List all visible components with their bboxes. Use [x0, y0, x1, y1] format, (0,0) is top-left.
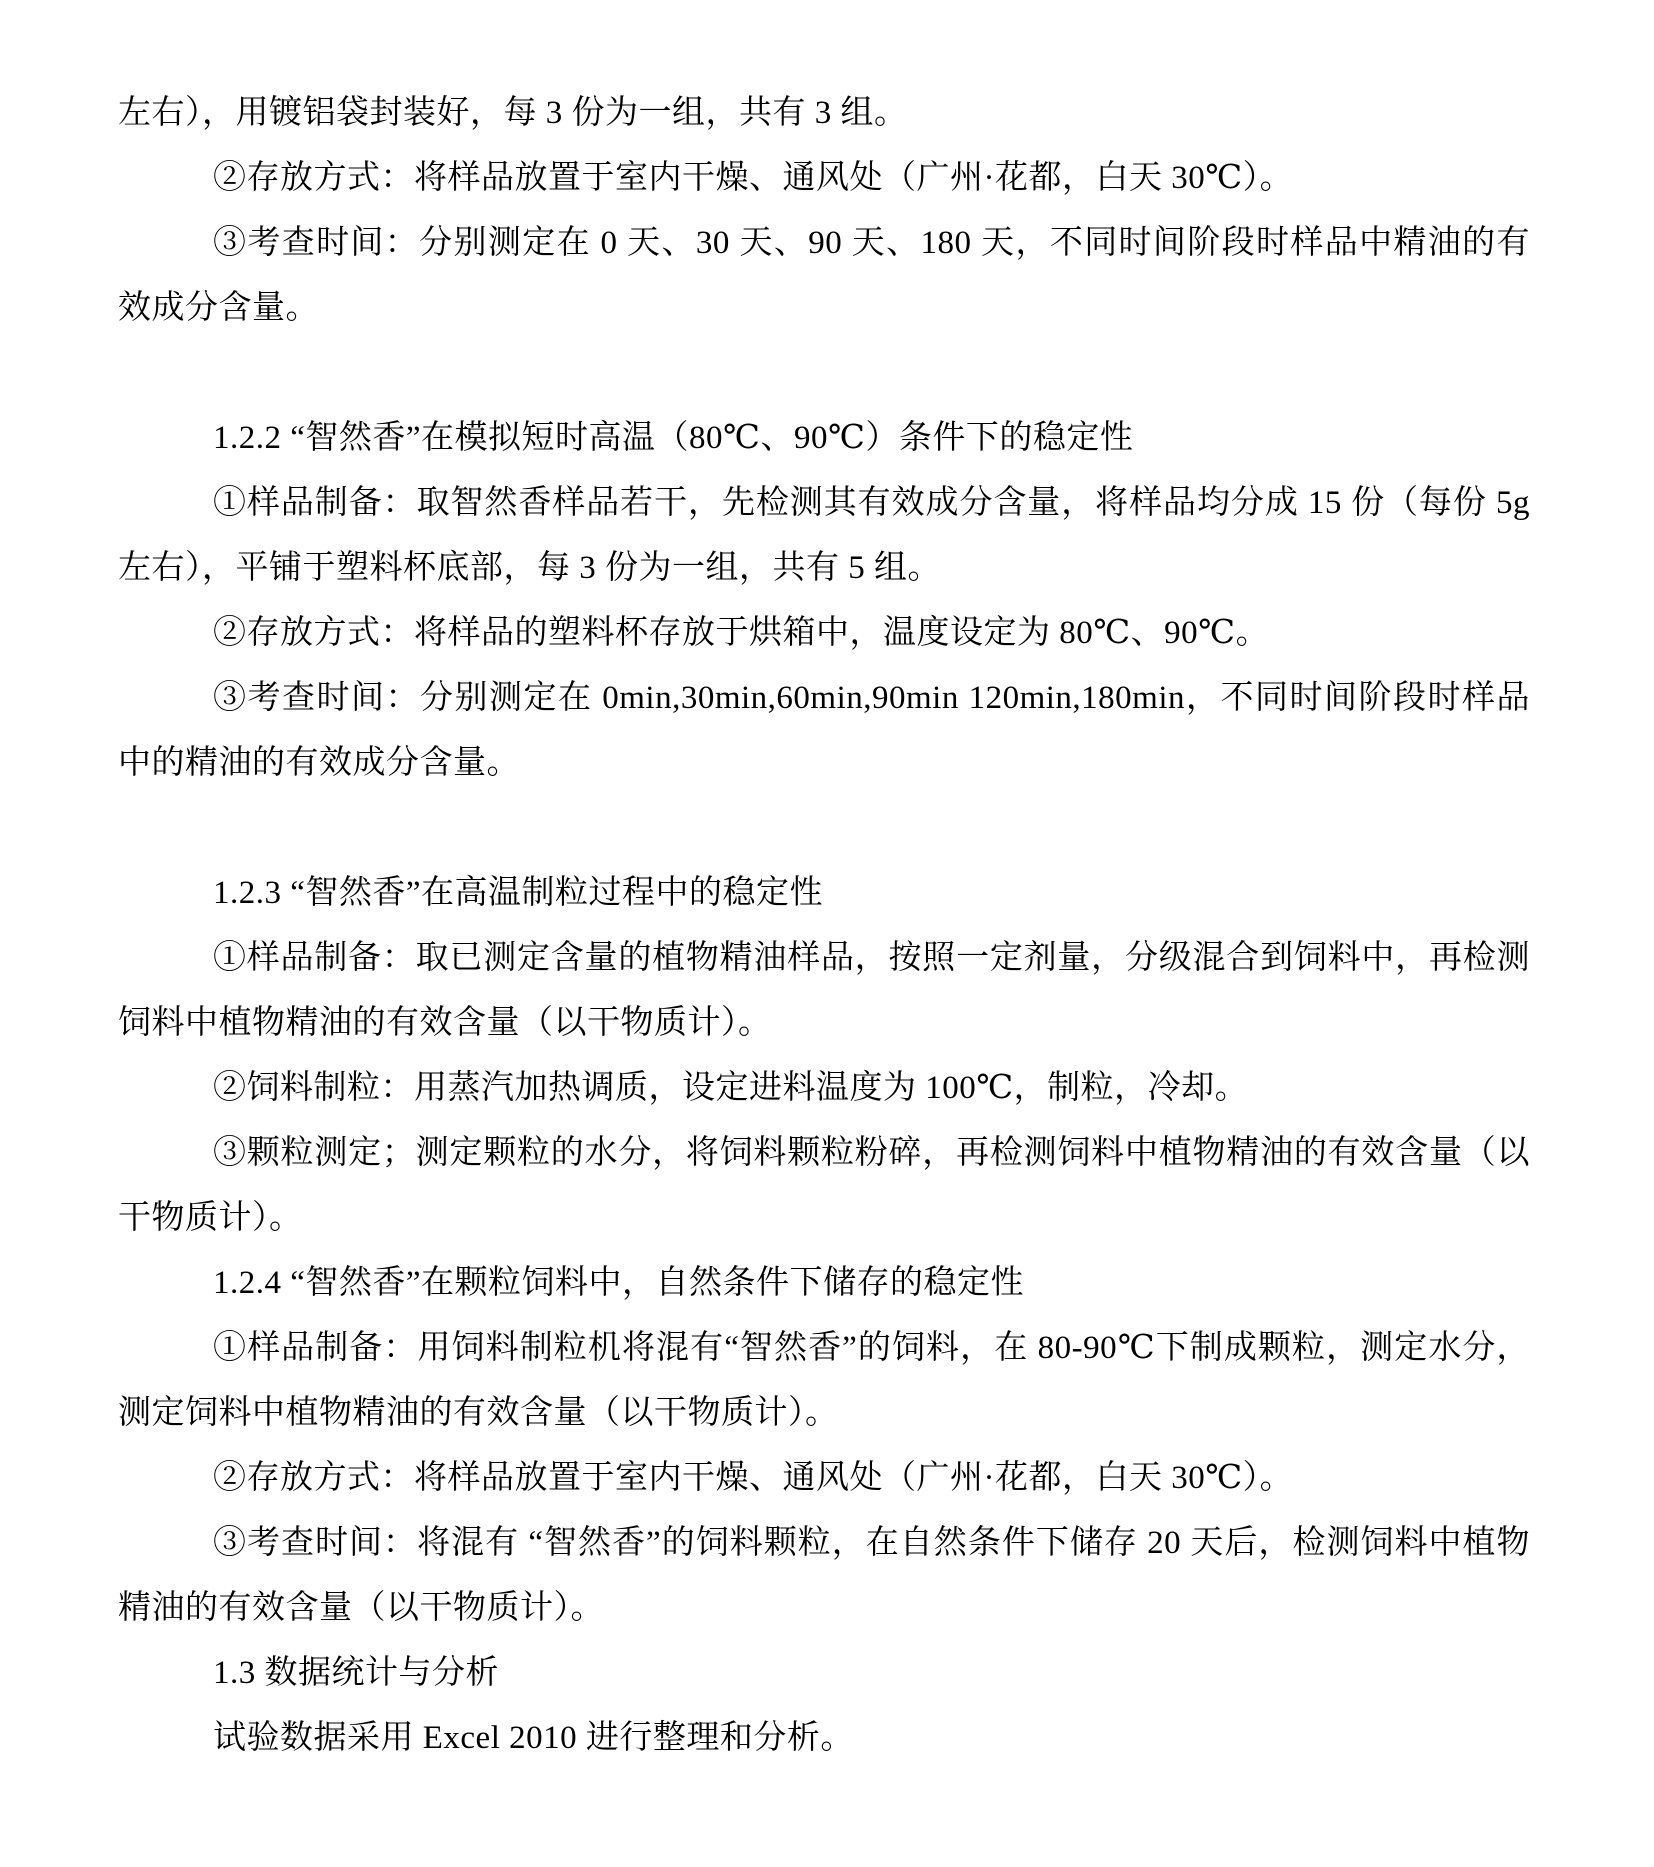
paragraph-storage-method-1: ②存放方式：将样品放置于室内干燥、通风处（广州·花都，白天 30℃）。	[118, 146, 1530, 211]
paragraph-sample-prep-2: ①样品制备：取智然香样品若干，先检测其有效成分含量，将样品均分成 15 份（每份…	[118, 471, 1530, 601]
paragraph-sample-prep-3: ①样品制备：取已测定含量的植物精油样品，按照一定剂量，分级混合到饲料中，再检测饲…	[118, 926, 1530, 1056]
paragraph-sample-prep-4: ①样品制备：用饲料制粒机将混有“智然香”的饲料，在 80-90℃下制成颗粒，测定…	[118, 1316, 1530, 1446]
blank-line	[118, 341, 1530, 406]
section-heading-1-2-4: 1.2.4 “智然香”在颗粒饲料中，自然条件下储存的稳定性	[118, 1251, 1530, 1316]
paragraph-storage-method-4: ②存放方式：将样品放置于室内干燥、通风处（广州·花都，白天 30℃）。	[118, 1446, 1530, 1511]
paragraph-storage-method-2: ②存放方式：将样品的塑料杯存放于烘箱中，温度设定为 80℃、90℃。	[118, 601, 1530, 666]
paragraph-data-analysis: 试验数据采用 Excel 2010 进行整理和分析。	[118, 1706, 1530, 1771]
paragraph-pellet-measurement: ③颗粒测定；测定颗粒的水分，将饲料颗粒粉碎，再检测饲料中植物精油的有效含量（以干…	[118, 1121, 1530, 1251]
document-content: 左右），用镀铝袋封装好，每 3 份为一组，共有 3 组。 ②存放方式：将样品放置…	[118, 81, 1530, 1771]
paragraph-inspection-time-2: ③考查时间：分别测定在 0min,30min,60min,90min 120mi…	[118, 666, 1530, 796]
paragraph-packaging-continuation: 左右），用镀铝袋封装好，每 3 份为一组，共有 3 组。	[118, 81, 1530, 146]
document-page: 左右），用镀铝袋封装好，每 3 份为一组，共有 3 组。 ②存放方式：将样品放置…	[0, 0, 1654, 1867]
section-heading-1-2-3: 1.2.3 “智然香”在高温制粒过程中的稳定性	[118, 861, 1530, 926]
paragraph-inspection-time-4: ③考查时间：将混有 “智然香”的饲料颗粒，在自然条件下储存 20 天后，检测饲料…	[118, 1511, 1530, 1641]
section-heading-1-2-2: 1.2.2 “智然香”在模拟短时高温（80℃、90℃）条件下的稳定性	[118, 406, 1530, 471]
blank-line	[118, 796, 1530, 861]
section-heading-1-3: 1.3 数据统计与分析	[118, 1641, 1530, 1706]
paragraph-feed-pelleting: ②饲料制粒：用蒸汽加热调质，设定进料温度为 100℃，制粒，冷却。	[118, 1056, 1530, 1121]
paragraph-inspection-time-1: ③考查时间：分别测定在 0 天、30 天、90 天、180 天，不同时间阶段时样…	[118, 211, 1530, 341]
